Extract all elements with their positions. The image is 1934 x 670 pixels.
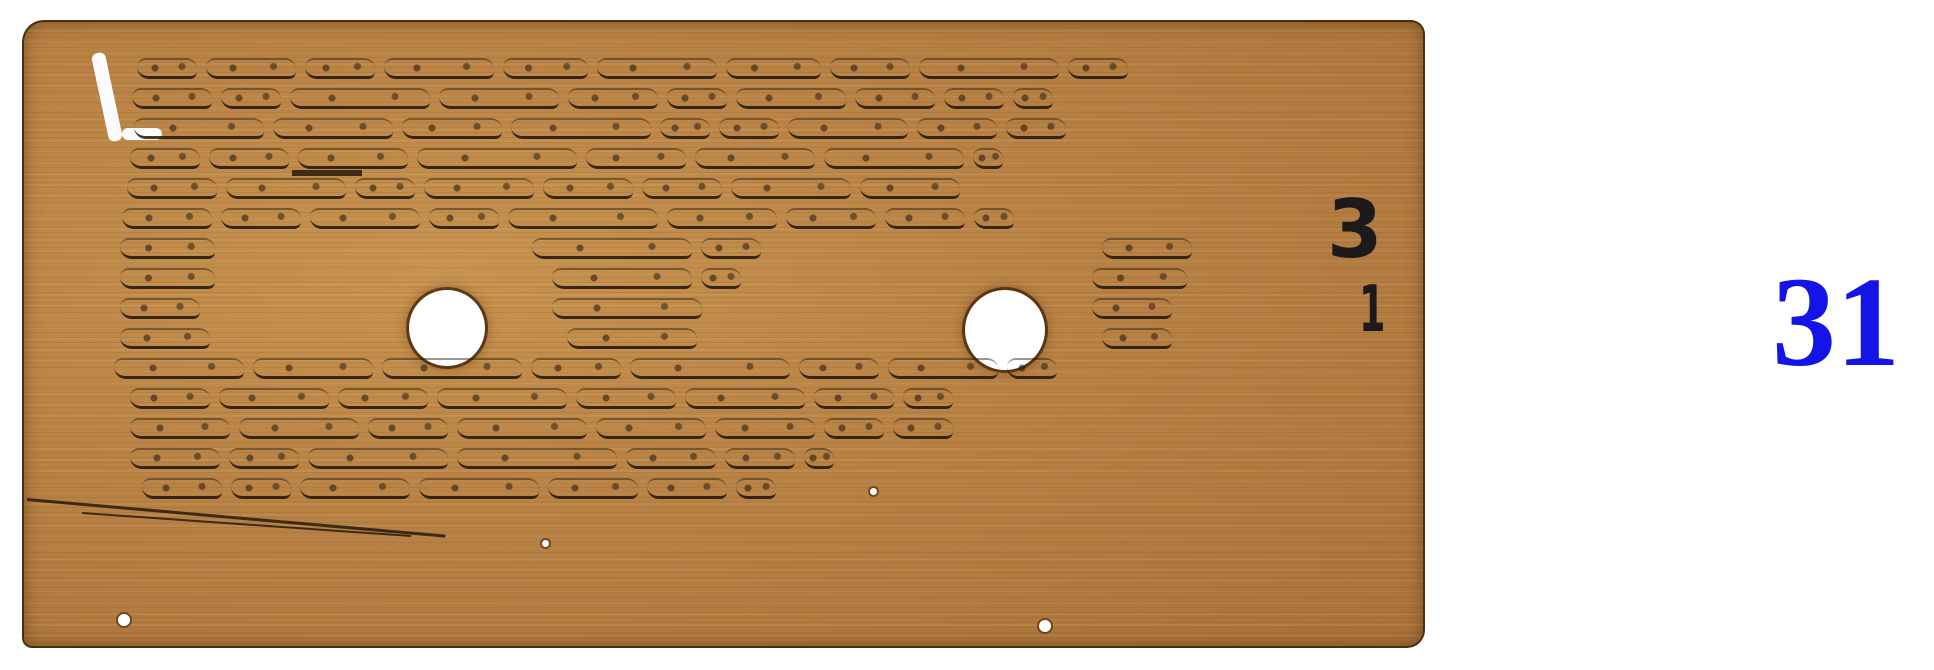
leaf-crack bbox=[27, 498, 446, 538]
manuscript-line-9-left bbox=[120, 298, 209, 320]
margin-sub-mark: 1 bbox=[1359, 278, 1386, 342]
page-number-label: 31 bbox=[1772, 258, 1900, 386]
pin-hole bbox=[1039, 620, 1051, 632]
manuscript-line-12 bbox=[130, 388, 1310, 410]
manuscript-line-6 bbox=[122, 208, 1302, 230]
manuscript-line-3 bbox=[134, 118, 1314, 140]
binding-hole-left bbox=[409, 290, 485, 366]
pin-hole bbox=[118, 614, 130, 626]
manuscript-line-5 bbox=[127, 178, 1307, 200]
manuscript-line-1 bbox=[137, 58, 1317, 80]
manuscript-line-8-center bbox=[552, 268, 750, 290]
strike-through-mark bbox=[292, 170, 362, 176]
manuscript-line-7-right bbox=[1102, 238, 1201, 260]
pin-hole bbox=[542, 540, 549, 547]
manuscript-line-9-center bbox=[552, 298, 711, 320]
margin-folio-number: 3 bbox=[1327, 190, 1383, 270]
manuscript-line-10-right bbox=[1102, 328, 1181, 350]
manuscript-line-11 bbox=[114, 358, 1294, 380]
manuscript-line-13 bbox=[130, 418, 1310, 440]
manuscript-line-8-left bbox=[120, 268, 224, 290]
manuscript-line-10-center bbox=[567, 328, 706, 350]
manuscript-line-7-center bbox=[532, 238, 770, 260]
palm-leaf-folio: 3 1 bbox=[22, 20, 1425, 648]
manuscript-line-10-left bbox=[120, 328, 219, 350]
manuscript-line-8-right bbox=[1092, 268, 1196, 290]
manuscript-line-2 bbox=[132, 88, 1312, 110]
manuscript-line-15 bbox=[142, 478, 1322, 500]
manuscript-line-4 bbox=[130, 148, 1310, 170]
manuscript-line-9-right bbox=[1092, 298, 1181, 320]
manuscript-line-7-left bbox=[120, 238, 224, 260]
manuscript-line-14 bbox=[130, 448, 1310, 470]
tape-repair bbox=[91, 52, 123, 143]
leaf-crack bbox=[82, 512, 411, 537]
